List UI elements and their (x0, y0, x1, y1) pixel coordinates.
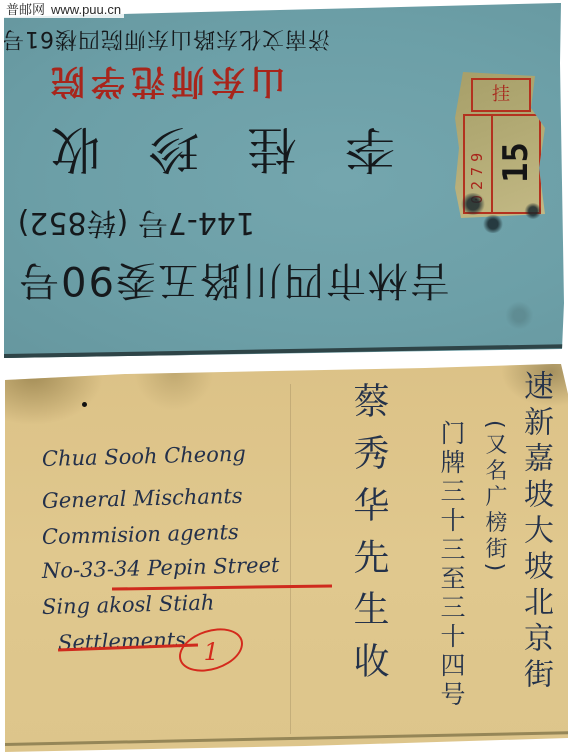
registration-handwritten-number: 15 (495, 120, 537, 206)
site-watermark: 普邮网www.puu.cn (3, 2, 124, 18)
chinese-address-column: (又名广榜街) (477, 420, 511, 600)
sender-printed-name: 山东师范学院 (33, 62, 285, 100)
postmark-ink-blot (524, 203, 542, 219)
upside-down-content: 吉林市四川路五委90号 144-7号 (转852) 李桂珍收 山东师范学院 济南… (4, 3, 564, 358)
postmark-ink-blot (460, 193, 486, 215)
english-address-line: Commision agents (42, 517, 239, 552)
blue-envelope-front: 吉林市四川路五委90号 144-7号 (转852) 李桂珍收 山东师范学院 济南… (4, 3, 564, 358)
tan-envelope-front: Chua Sooh Cheong General Mischants Commi… (5, 364, 568, 752)
sender-handwritten-address: 济南文化东路山东师院四楼61号宿 (10, 18, 330, 58)
registration-label-divider (491, 114, 493, 214)
circled-number: 1 (204, 632, 219, 672)
recipient-address-house-number: 144-7号 (转852) (5, 200, 255, 245)
recipient-name: 李桂珍收 (33, 112, 395, 185)
watermark-site-name: 普邮网 (6, 2, 45, 17)
chinese-address-column: 速新嘉坡大坡北京街 (513, 370, 557, 695)
registration-header: 挂 (471, 78, 531, 112)
chinese-recipient-name-column: 蔡秀华先生收 (341, 382, 395, 697)
watermark-url: www.puu.cn (51, 2, 121, 17)
recipient-address: 吉林市四川路五委90号 (5, 240, 450, 320)
postmark-ink-blot (482, 215, 504, 233)
english-address-line: General Mischants (42, 481, 243, 516)
chinese-address-column: 门牌三十三至三十四号 (429, 420, 473, 710)
envelope-fold-crease (290, 384, 291, 734)
english-address-line-street: No-33-34 Pepin Street (42, 550, 280, 586)
english-address-line-struck: Settlements (58, 625, 187, 658)
english-address-line: Chua Sooh Cheong (42, 439, 247, 474)
envelope-edge-shadow (5, 731, 568, 746)
ink-dot (82, 402, 87, 407)
english-address-line: Sing akosl Stiah (42, 587, 215, 622)
registration-printed-number: 0279 (465, 122, 489, 204)
